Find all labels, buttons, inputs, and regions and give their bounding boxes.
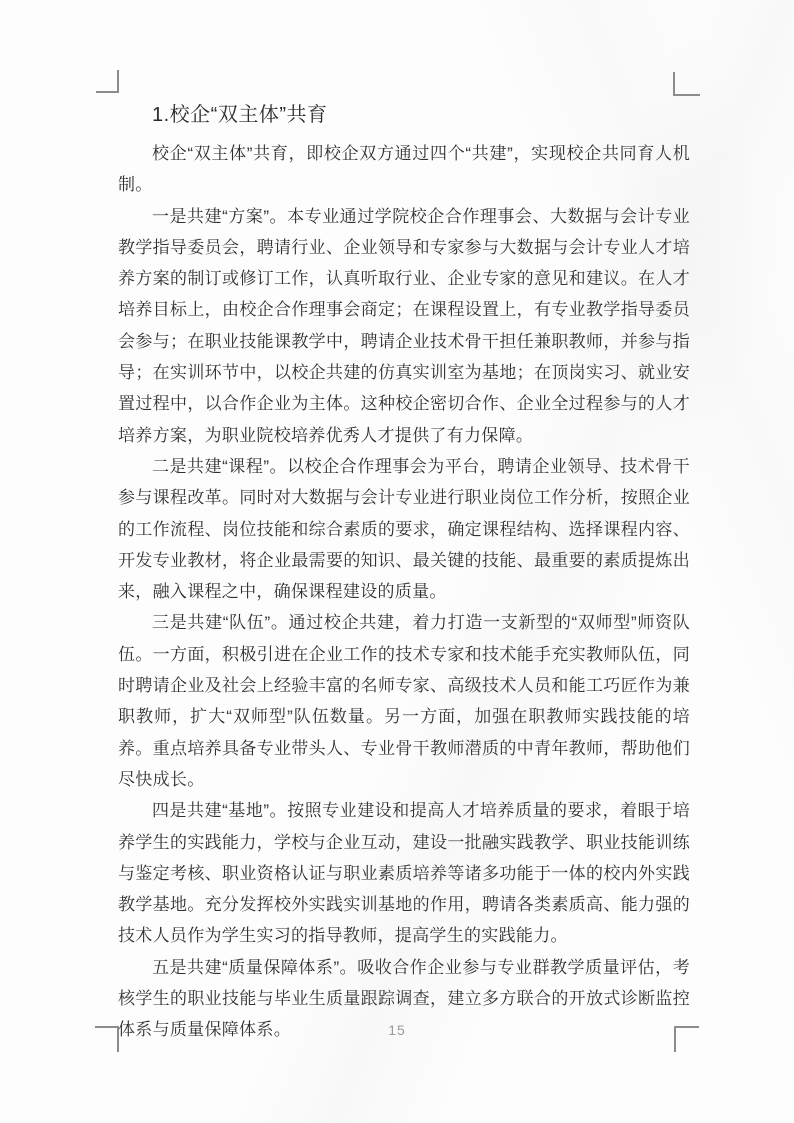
corner-mark-top-left (96, 70, 119, 93)
section-heading: 1.校企“双主体”共育 (152, 101, 690, 129)
paragraph-intro: 校企“双主体”共育，即校企双方通过四个“共建”，实现校企共同育人机制。 (118, 138, 690, 201)
document-content: 1.校企“双主体”共育 校企“双主体”共育，即校企双方通过四个“共建”，实现校企… (118, 101, 690, 1046)
paragraph-curriculum: 二是共建“课程”。以校企合作理事会为平台，聘请企业领导、技术骨干参与课程改革。同… (118, 451, 690, 607)
page-number: 15 (0, 1022, 794, 1038)
paragraph-plan: 一是共建“方案”。本专业通过学院校企合作理事会、大数据与会计专业教学指导委员会，… (118, 201, 690, 451)
paragraph-base: 四是共建“基地”。按照专业建设和提高人才培养质量的要求，着眼于培养学生的实践能力… (118, 795, 690, 951)
paragraph-team: 三是共建“队伍”。通过校企共建，着力打造一支新型的“双师型”师资队伍。一方面，积… (118, 607, 690, 795)
corner-mark-top-right (673, 72, 700, 96)
document-page: 1.校企“双主体”共育 校企“双主体”共育，即校企双方通过四个“共建”，实现校企… (0, 0, 794, 1123)
